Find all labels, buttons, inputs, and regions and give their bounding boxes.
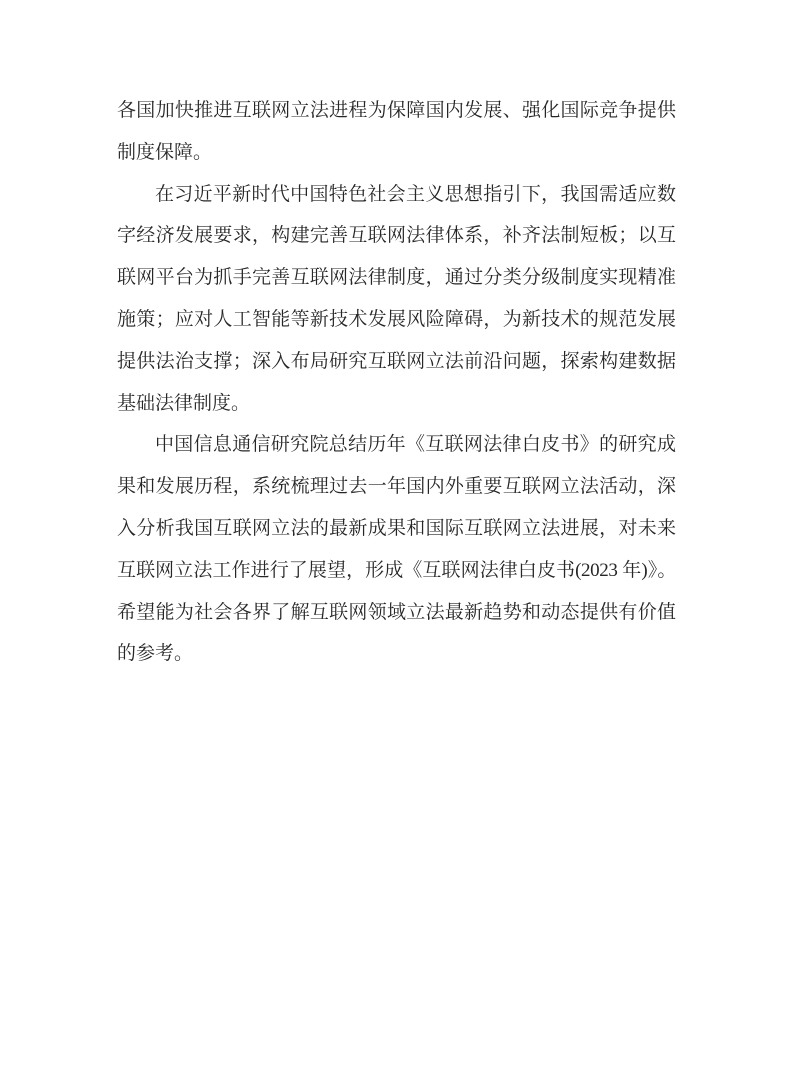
paragraph-line: 联网平台为抓手完善互联网法律制度，通过分类分级制度实现精准	[117, 257, 676, 299]
paragraph-line: 在习近平新时代中国特色社会主义思想指引下，我国需适应数	[117, 174, 676, 216]
paragraph-line: 果和发展历程，系统梳理过去一年国内外重要互联网立法活动，深	[117, 466, 676, 508]
paragraph-line: 提供法治支撑；深入布局研究互联网立法前沿问题，探索构建数据	[117, 341, 676, 383]
paragraph-line: 入分析我国互联网立法的最新成果和国际互联网立法进展，对未来	[117, 508, 676, 550]
document-page: 各国加快推进互联网立法进程为保障国内发展、强化国际竞争提供 制度保障。 在习近平…	[0, 0, 793, 1077]
paragraph-line: 施策；应对人工智能等新技术发展风险障碍，为新技术的规范发展	[117, 299, 676, 341]
paragraph-line: 希望能为社会各界了解互联网领域立法最新趋势和动态提供有价值	[117, 592, 676, 634]
paragraph-line: 基础法律制度。	[117, 383, 676, 425]
text-block: 各国加快推进互联网立法进程为保障国内发展、强化国际竞争提供 制度保障。 在习近平…	[117, 90, 676, 675]
paragraph-line: 各国加快推进互联网立法进程为保障国内发展、强化国际竞争提供	[117, 90, 676, 132]
paragraph-line: 中国信息通信研究院总结历年《互联网法律白皮书》的研究成	[117, 424, 676, 466]
paragraph: 各国加快推进互联网立法进程为保障国内发展、强化国际竞争提供 制度保障。	[117, 90, 676, 174]
paragraph: 在习近平新时代中国特色社会主义思想指引下，我国需适应数 字经济发展要求，构建完善…	[117, 174, 676, 425]
paragraph-line: 互联网立法工作进行了展望，形成《互联网法律白皮书(2023 年)》。	[117, 550, 676, 592]
paragraph-line: 的参考。	[117, 633, 676, 675]
paragraph-line: 制度保障。	[117, 132, 676, 174]
paragraph: 中国信息通信研究院总结历年《互联网法律白皮书》的研究成 果和发展历程，系统梳理过…	[117, 424, 676, 675]
paragraph-line: 字经济发展要求，构建完善互联网法律体系，补齐法制短板；以互	[117, 215, 676, 257]
